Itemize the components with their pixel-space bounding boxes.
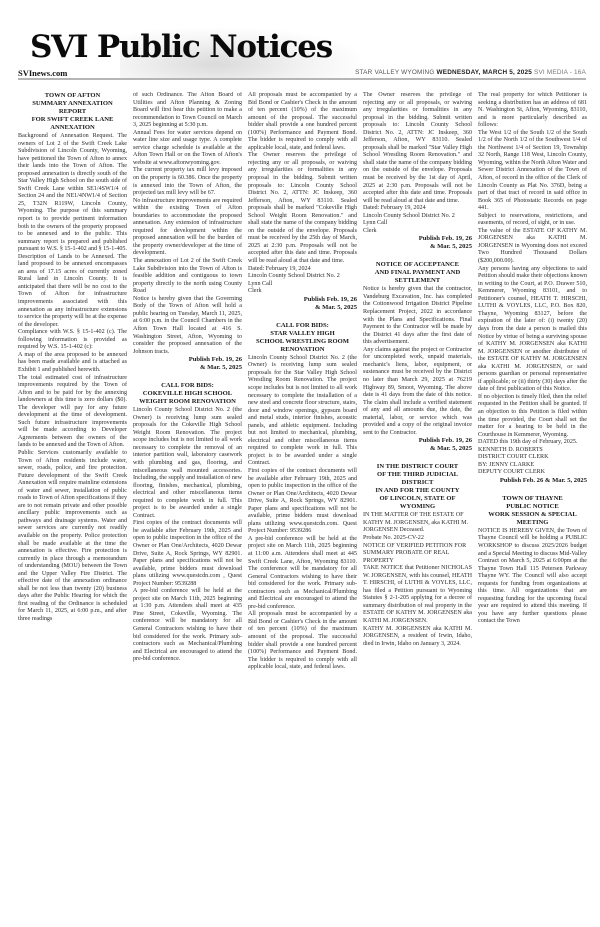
dateline-date: WEDNESDAY, MARCH 5, 2025 xyxy=(437,69,532,76)
notice-paragraph: The annexation of Lot 2 of the Swift Cre… xyxy=(133,258,242,296)
notice-paragraph: Annual Fees for water services depend on… xyxy=(133,130,242,168)
dateline-location: STAR VALLEY WYOMING xyxy=(355,69,434,76)
notice-paragraph: of such Ordinance. The Afton Board of Ut… xyxy=(133,92,242,130)
notice-columns: TOWN OF AFTON SUMMARY ANNEXATION REPORT … xyxy=(18,92,586,922)
notice-paragraph: Subject to reservations, restrictions, a… xyxy=(478,213,587,228)
notice-paragraph: IN THE MATTER OF THE ESTATE OF KATHY M. … xyxy=(363,512,472,535)
notice-paragraph: First copies of the contract documents w… xyxy=(248,468,357,536)
column-4: The Owner reserves the privilege of reje… xyxy=(363,92,472,922)
notice-district-court: IN THE DISTRICT COURT OF THE THIRD JUDIC… xyxy=(363,463,472,648)
probate-number: Probate No. 2025-CV-22 xyxy=(363,535,472,543)
notice-heading: CALL FOR BIDS: STAR VALLEY HIGH SCHOOL W… xyxy=(248,322,357,354)
publish-dates: Publish Feb. 19, 26 & Mar. 5, 2025 xyxy=(133,356,242,372)
notice-paragraph: No infrastructure improvements are requi… xyxy=(133,198,242,258)
column-1: TOWN OF AFTON SUMMARY ANNEXATION REPORT … xyxy=(18,92,127,922)
notice-heading: CALL FOR BIDS: COKEVILLE HIGH SCHOOL WEI… xyxy=(133,382,242,406)
notice-paragraph: A pre-bid conference will be held at the… xyxy=(248,536,357,611)
publish-dates: Publish Feb. 26 & Mar. 5, 2025 xyxy=(478,477,587,485)
notice-paragraph: KATHY M. JORGENSEN aka KATHI M. JORGENSE… xyxy=(363,626,472,649)
signer-title: DISTRICT COURT CLERK xyxy=(478,454,587,462)
notice-paragraph: The current property tax mill levy impos… xyxy=(133,167,242,197)
publish-dates: Publish Feb. 19, 26 & Mar. 5, 2025 xyxy=(363,235,472,251)
notice-paragraph: The total estimated cost of infrastructu… xyxy=(18,375,127,450)
notice-district: Lincoln County School District No. 2 xyxy=(363,213,472,221)
signer-title: DEPUTY COURT CLERK xyxy=(478,469,587,477)
column-2: of such Ordinance. The Afton Board of Ut… xyxy=(133,92,242,922)
notice-dated: Dated: February 19, 2024 xyxy=(363,205,472,213)
column-3: All proposals must be accompanied by a B… xyxy=(248,92,357,922)
notice-paragraph: Any persons having any objections to sai… xyxy=(478,266,587,394)
notice-paragraph: First copies of the contract documents w… xyxy=(133,520,242,588)
notice-paragraph: A pre-bid conference will be held at the… xyxy=(133,588,242,663)
page-title: SVI Public Notices xyxy=(30,30,332,64)
notice-paragraph: The Owner reserves the privilege of reje… xyxy=(248,152,357,265)
notice-paragraph: Public Services customarily available to… xyxy=(18,450,127,624)
notice-paragraph: The value of the ESTATE OF KATHY M. JORG… xyxy=(478,228,587,266)
masthead-rule xyxy=(18,78,586,80)
publish-dates: Publish Feb. 19, 26 & Mar. 5, 2025 xyxy=(363,437,472,453)
notice-paragraph: Notice is hereby given that the Governin… xyxy=(133,296,242,356)
notice-paragraph: All proposals must be accompanied by a B… xyxy=(248,611,357,671)
notice-acceptance-settlement: NOTICE OF ACCEPTANCE AND FINAL PAYMENT A… xyxy=(363,261,472,453)
column-5: The real property for which Petitioner i… xyxy=(478,92,587,922)
signer-name: Lynn Call xyxy=(248,281,357,289)
signer-name: BY: JENNY CLARKE xyxy=(478,462,587,470)
notice-paragraph: DATED this 19th day of February, 2025. xyxy=(478,439,587,447)
notice-heading: IN THE DISTRICT COURT OF THE THIRD JUDIC… xyxy=(363,463,472,511)
notice-paragraph: Any claims against the project or Contra… xyxy=(363,347,472,438)
signer-name: Lynn Call xyxy=(363,220,472,228)
notice-paragraph: Lincoln County School District No. 2 (th… xyxy=(248,355,357,468)
notice-thayne-meeting: TOWN OF THAYNE PUBLIC NOTICE WORK SESSIO… xyxy=(478,495,587,626)
notice-paragraph: All proposals must be accompanied by a B… xyxy=(248,92,357,152)
notice-paragraph: Notice is hereby given that the contract… xyxy=(363,286,472,346)
signer-name: KENNETH D. ROBERTS xyxy=(478,447,587,455)
dateline: STAR VALLEY WYOMING WEDNESDAY, MARCH 5, … xyxy=(355,69,586,76)
notice-paragraph: NOTICE IS HEREBY GIVEN, the Town of Thay… xyxy=(478,528,587,626)
notice-paragraph: NOTICE OF VERIFIED PETITION FOR SUMMARY … xyxy=(363,543,472,566)
notice-paragraph: Background of Annexation Request. The ow… xyxy=(18,133,127,254)
notice-heading: NOTICE OF ACCEPTANCE AND FINAL PAYMENT A… xyxy=(363,261,472,285)
notice-afton-annexation: TOWN OF AFTON SUMMARY ANNEXATION REPORT … xyxy=(18,92,127,624)
notice-district: Lincoln County School District No. 2 xyxy=(248,273,357,281)
notice-paragraph: Description of Lands to be Annexed. The … xyxy=(18,254,127,329)
notice-paragraph: Lincoln County School District No. 2 (th… xyxy=(133,407,242,520)
notice-paragraph: The West 1/2 of the South 1/2 of the Sou… xyxy=(478,130,587,213)
notice-paragraph: The Owner reserves the privilege of reje… xyxy=(363,92,472,205)
signer-title: Clerk xyxy=(248,288,357,296)
notice-starvalley-bids: CALL FOR BIDS: STAR VALLEY HIGH SCHOOL W… xyxy=(248,322,357,672)
notice-paragraph: Compliance with W.S. § 15-1-402 (c). The… xyxy=(18,329,127,352)
notice-paragraph: If no objection is timely filed, then th… xyxy=(478,394,587,439)
notice-paragraph: A map of the area proposed to be annexed… xyxy=(18,352,127,375)
signer-title: Clerk xyxy=(363,228,472,236)
notice-heading: TOWN OF AFTON SUMMARY ANNEXATION REPORT … xyxy=(18,92,127,132)
notice-paragraph: TAKE NOTICE that Petitioner NICHOLAS W. … xyxy=(363,565,472,625)
notice-dated: Dated: February 19, 2024 xyxy=(248,266,357,274)
masthead: SVI Public Notices SVInews.com STAR VALL… xyxy=(0,0,600,82)
notice-heading: TOWN OF THAYNE PUBLIC NOTICE WORK SESSIO… xyxy=(478,495,587,527)
site-link[interactable]: SVInews.com xyxy=(18,68,67,78)
notice-cokeville-bids: CALL FOR BIDS: COKEVILLE HIGH SCHOOL WEI… xyxy=(133,382,242,664)
notice-paragraph: The real property for which Petitioner i… xyxy=(478,92,587,130)
dateline-page: SVI MEDIA - 16A xyxy=(534,69,586,76)
publish-dates: Publish Feb. 19, 26 & Mar. 5, 2025 xyxy=(248,296,357,312)
